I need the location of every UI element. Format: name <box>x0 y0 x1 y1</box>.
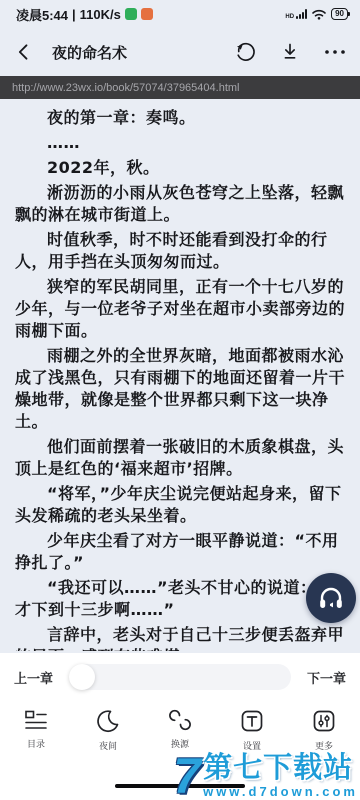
toolbar-item-settings[interactable]: 设置 <box>216 709 288 752</box>
toolbar-item-more[interactable]: 更多 <box>288 709 360 752</box>
headphones-icon <box>317 585 345 611</box>
signal-icon <box>296 9 307 19</box>
reader-paragraph: 他们面前摆着一张破旧的木质象棋盘，头顶上是红色的‘福来超市’招牌。 <box>15 436 345 480</box>
wifi-icon <box>312 9 326 20</box>
chapter-progress-slider[interactable] <box>69 664 291 690</box>
watermark: 7 第七下载站 www.d7down.com <box>173 752 358 800</box>
nav-bar: 夜的命名术 <box>0 28 360 76</box>
tts-listen-button[interactable] <box>306 573 356 623</box>
reader-paragraph: 狭窄的军民胡同里，正有一个十七八岁的少年，与一位老爷子对坐在超市小卖部旁边的雨棚… <box>15 276 345 342</box>
toolbar-label: 更多 <box>315 739 333 752</box>
reader-paragraph: “将军，”少年庆尘说完便站起身来，留下头发稀疏的老头呆坐着。 <box>15 483 345 527</box>
reader-paragraph: 时值秋季，时不时还能看到没打伞的行人，用手挡在头顶匆匆而过。 <box>15 229 345 273</box>
reader-paragraph: 2022年，秋。 <box>15 157 345 179</box>
orange-app-icon <box>141 8 153 20</box>
next-chapter-button[interactable]: 下一章 <box>307 668 346 687</box>
reader-paragraph: 夜的第一章：奏鸣。 <box>15 107 345 129</box>
toolbar-label: 夜间 <box>99 739 117 752</box>
change-source-icon <box>167 709 193 731</box>
toolbar-label: 设置 <box>243 739 261 752</box>
toolbar-item-night-mode[interactable]: 夜间 <box>72 709 144 752</box>
chapter-slider-handle[interactable] <box>69 664 95 690</box>
download-icon[interactable] <box>280 41 300 63</box>
reader-paragraph: 言辞中，老头对于自己十三步便丢盔弃甲的局面，感到有些难堪。 <box>15 624 345 651</box>
status-bar: 凌晨5:44 | 110K/s HD 90 <box>0 0 360 28</box>
url-bar[interactable]: http://www.23wx.io/book/57074/37965404.h… <box>0 76 360 99</box>
green-app-icon <box>125 8 137 20</box>
more-menu-icon[interactable] <box>324 49 346 55</box>
reader-paragraph: 雨棚之外的全世界灰暗，地面都被雨水沁成了浅黑色，只有雨棚下的地面还留着一片干燥地… <box>15 345 345 433</box>
toolbar-item-change-source[interactable]: 换源 <box>144 709 216 752</box>
reader-content[interactable]: 夜的第一章：奏鸣。……2022年，秋。淅沥沥的小雨从灰色苍穹之上坠落，轻飘飘的淋… <box>0 99 360 651</box>
hd-label: HD <box>285 14 294 20</box>
status-time: 凌晨5:44 <box>16 5 68 24</box>
night-mode-icon <box>96 709 120 733</box>
back-icon[interactable] <box>14 42 34 62</box>
font-settings-icon <box>240 709 264 733</box>
more-settings-icon <box>312 709 336 733</box>
status-net-speed: 110K/s <box>80 7 121 22</box>
toc-icon <box>24 709 48 731</box>
battery-icon: 90 <box>331 8 348 20</box>
reader-paragraph: …… <box>15 132 345 154</box>
page-url: http://www.23wx.io/book/57074/37965404.h… <box>12 82 239 94</box>
watermark-logo: 7 <box>173 752 201 800</box>
toolbar-item-toc[interactable]: 目录 <box>0 709 72 752</box>
status-separator: | <box>72 7 76 22</box>
prev-chapter-button[interactable]: 上一章 <box>14 668 53 687</box>
watermark-site-url: www.d7down.com <box>203 784 358 799</box>
reader-paragraph: “我还可以……”老头不甘心的说道：“这才下到十三步啊……” <box>15 577 345 621</box>
reader-paragraph: 淅沥沥的小雨从灰色苍穹之上坠落，轻飘飘的淋在城市街道上。 <box>15 182 345 226</box>
reader-paragraph: 少年庆尘看了对方一眼平静说道：“不用挣扎了。” <box>15 530 345 574</box>
page-title: 夜的命名术 <box>52 42 127 63</box>
toolbar-label: 目录 <box>27 737 45 750</box>
watermark-site-name: 第七下载站 <box>203 752 358 784</box>
refresh-icon[interactable] <box>234 41 256 63</box>
